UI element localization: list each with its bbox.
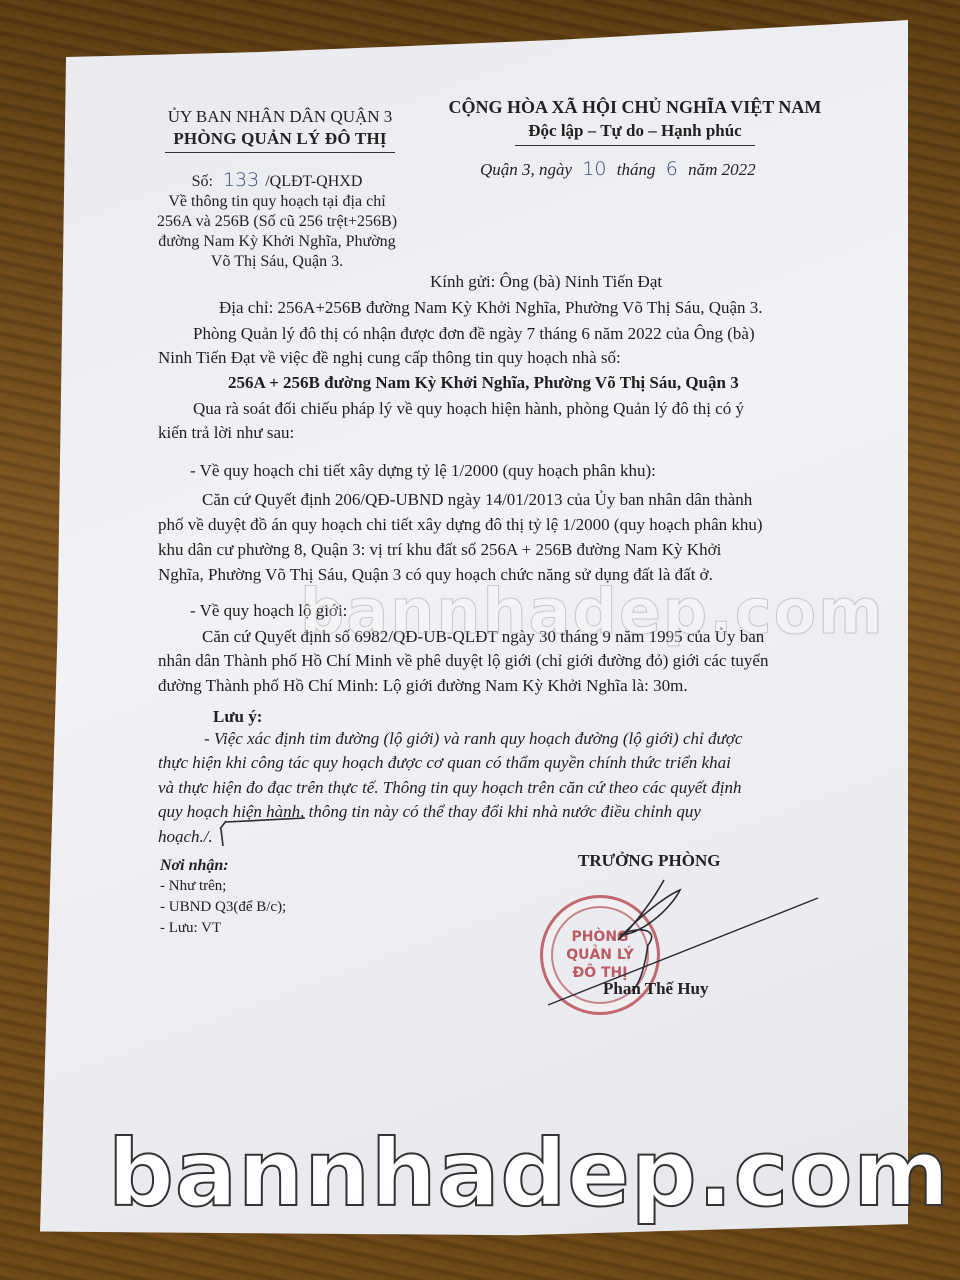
watermark-center: bannhadep.com (300, 575, 885, 648)
note-line: hoạch./. (158, 825, 213, 850)
section-line: nhân dân Thành phố Hồ Chí Minh về phê du… (158, 649, 768, 674)
nation-name: CỘNG HÒA XÃ HỘI CHỦ NGHĨA VIỆT NAM (425, 95, 845, 119)
section-line: đường Thành phố Hồ Chí Minh: Lộ giới đườ… (158, 674, 688, 699)
watermark-footer: bannhadep.com (108, 1128, 950, 1220)
section-line: khu dân cư phường 8, Quận 3: vị trí khu … (158, 538, 721, 563)
header-underline (165, 152, 395, 153)
addressee-address: Địa chỉ: 256A+256B đường Nam Kỳ Khởi Ngh… (219, 296, 763, 321)
subject-line: Về thông tin quy hoạch tại địa chỉ (152, 192, 402, 212)
section-line: phố về duyệt đồ án quy hoạch chi tiết xâ… (158, 513, 763, 538)
recipient-item: - UBND Q3(để B/c); (160, 897, 286, 918)
addressee-greeting: Kính gửi: Ông (bà) Ninh Tiến Đạt (430, 270, 662, 295)
note-line: quy hoạch hiện hành, thông tin này có th… (158, 800, 701, 825)
national-header-block: CỘNG HÒA XÃ HỘI CHỦ NGHĨA VIỆT NAM Độc l… (425, 95, 845, 146)
subject-line: đường Nam Kỳ Khởi Nghĩa, Phường (152, 232, 402, 252)
section-line: Căn cứ Quyết định 206/QĐ-UBND ngày 14/01… (202, 488, 752, 513)
intro-line: Ninh Tiến Đạt về việc đề nghị cung cấp t… (158, 346, 621, 371)
subject-line: 256A và 256B (Số cũ 256 trệt+256B) (152, 212, 402, 232)
review-line: Qua rà soát đối chiếu pháp lý về quy hoạ… (193, 397, 744, 422)
recipients-title: Nơi nhận: (160, 855, 286, 876)
section-title-zoning: - Về quy hoạch chi tiết xây dựng tỷ lệ 1… (190, 459, 656, 484)
note-line: thực hiện khi công tác quy hoạch được cơ… (158, 751, 731, 776)
department-name: PHÒNG QUẢN LÝ ĐÔ THỊ (130, 128, 430, 150)
review-line: kiến trả lời như sau: (158, 421, 294, 446)
doc-number-suffix: /QLĐT-QHXD (265, 173, 362, 190)
national-motto: Độc lập – Tự do – Hạnh phúc (425, 119, 845, 143)
date-line: Quận 3, ngày 10 tháng 6 năm 2022 (480, 158, 756, 180)
stamp-line: QUẢN LÝ (543, 946, 657, 964)
issuing-authority-block: ỦY BAN NHÂN DÂN QUẬN 3 PHÒNG QUẢN LÝ ĐÔ … (130, 106, 430, 153)
date-day-handwritten: 10 (576, 158, 612, 180)
doc-number-prefix: Số: (192, 173, 213, 190)
date-month-handwritten: 6 (660, 158, 684, 180)
recipient-item: - Lưu: VT (160, 918, 286, 939)
organization-name: ỦY BAN NHÂN DÂN QUẬN 3 (130, 106, 430, 128)
motto-underline (515, 145, 755, 146)
note-title: Lưu ý: (213, 705, 262, 730)
document-number-block: Số: 133/QLĐT-QHXD Về thông tin quy hoạch… (152, 170, 402, 272)
note-line: - Việc xác định tim đường (lộ giới) và r… (204, 727, 742, 752)
recipients-block: Nơi nhận: - Như trên; - UBND Q3(để B/c);… (160, 855, 286, 939)
stamp-line: PHÒNG (543, 928, 657, 946)
property-address: 256A + 256B đường Nam Kỳ Khởi Nghĩa, Phư… (228, 371, 739, 396)
signer-name: Phan Thế Huy (603, 979, 709, 999)
date-prefix: Quận 3, ngày (480, 160, 572, 179)
intro-line: Phòng Quản lý đô thị có nhận được đơn đề… (193, 322, 755, 347)
date-month-label: tháng (617, 160, 656, 179)
date-year: năm 2022 (688, 160, 756, 179)
signer-title: TRƯỞNG PHÒNG (578, 851, 720, 871)
note-line: và thực hiện đo đạc trên thực tế. Thông … (158, 776, 741, 801)
doc-number-handwritten: 133 (217, 169, 265, 191)
document-number: Số: 133/QLĐT-QHXD (152, 170, 402, 192)
recipient-item: - Như trên; (160, 876, 286, 897)
subject-line: Võ Thị Sáu, Quận 3. (152, 252, 402, 272)
